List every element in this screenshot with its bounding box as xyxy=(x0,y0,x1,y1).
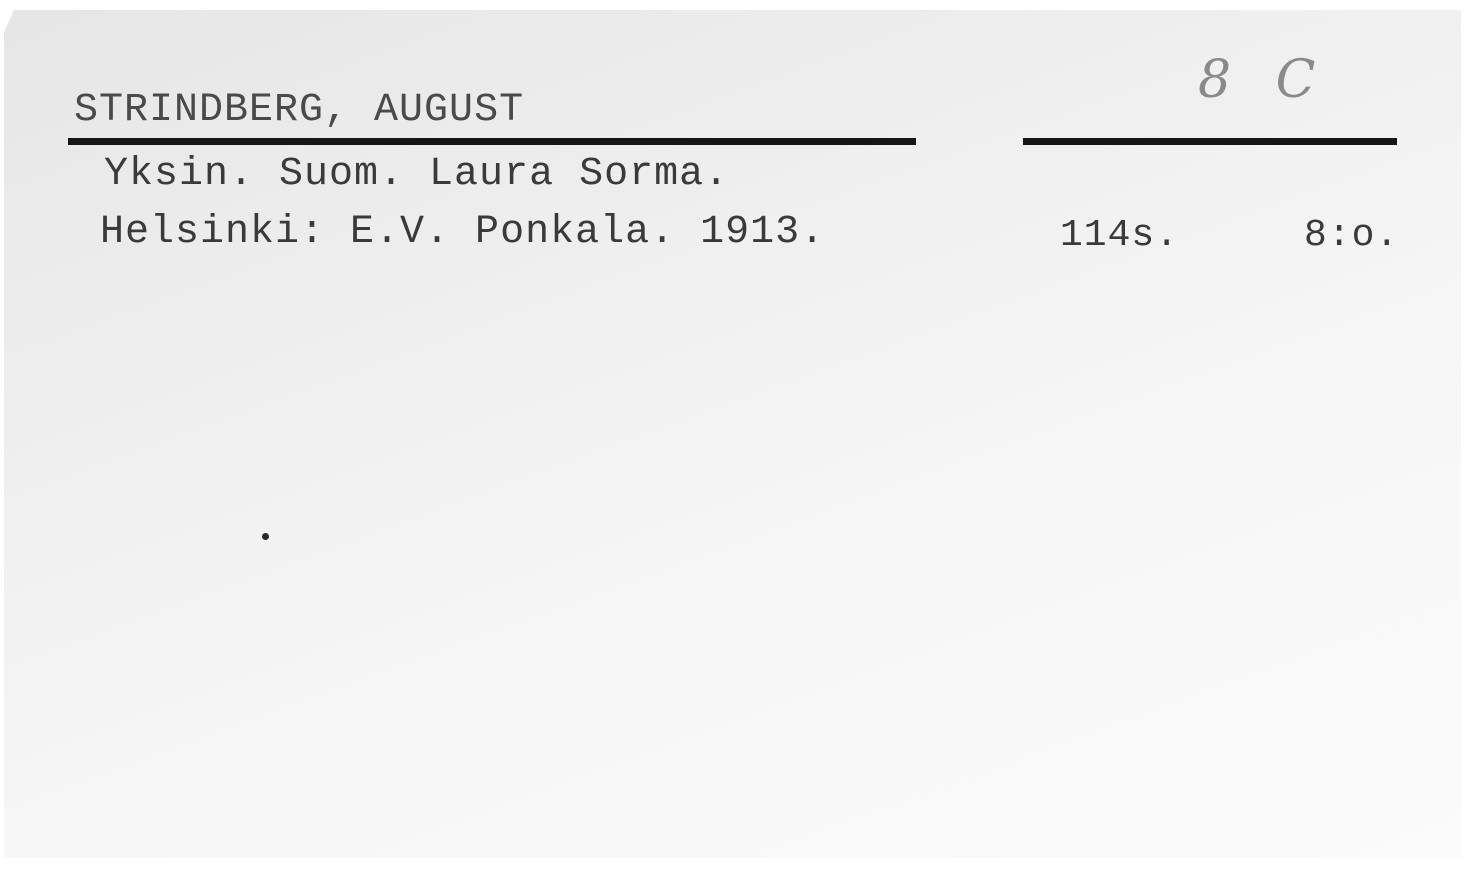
title-translator-line: Yksin. Suom. Laura Sorma. xyxy=(104,152,729,197)
page-count: 114s. xyxy=(1060,214,1179,257)
heading-rule-right xyxy=(1023,138,1397,145)
ink-speck xyxy=(262,533,269,540)
book-format: 8:o. xyxy=(1304,214,1399,257)
call-number-handwritten: 8 C xyxy=(1198,50,1329,110)
imprint-line: Helsinki: E.V. Ponkala. 1913. xyxy=(100,210,825,255)
heading-rule-left xyxy=(68,138,916,145)
author-heading: STRINDBERG, AUGUST xyxy=(74,88,524,133)
